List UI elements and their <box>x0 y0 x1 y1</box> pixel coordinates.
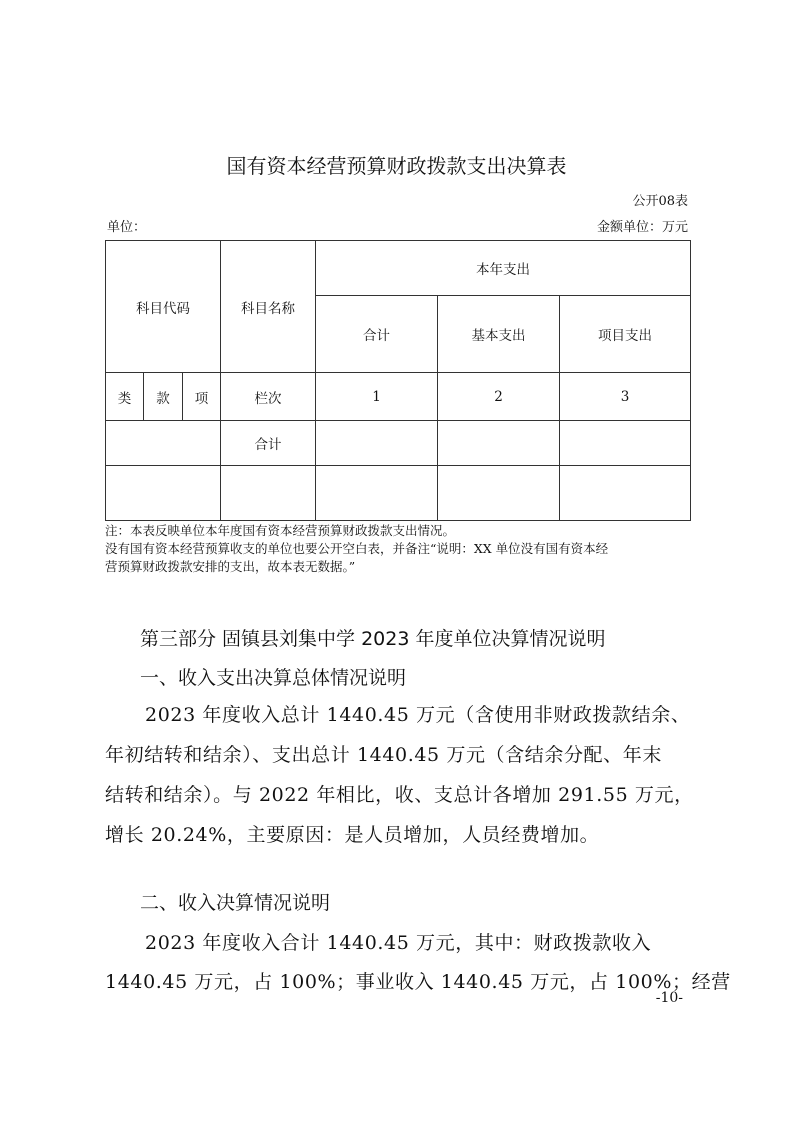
row-project <box>560 466 691 521</box>
section1-heading: 一、收入支出决算总体情况说明 <box>140 663 406 690</box>
header-year-expense: 本年支出 <box>316 241 691 296</box>
amount-unit: 金额单位：万元 <box>597 216 688 235</box>
unit-label: 单位： <box>107 216 146 235</box>
table-code: 公开08表 <box>632 190 688 209</box>
paragraph-line: 2023 年度收入合计 1440.45 万元，其中：财政拨款收入 <box>145 928 651 955</box>
expense-table: 科目代码 科目名称 本年支出 合计 基本支出 项目支出 类 款 项 栏次 1 2… <box>105 240 691 521</box>
index-xiang: 项 <box>183 373 221 421</box>
paragraph-line: 1440.45 万元，占 100%；事业收入 1440.45 万元，占 100%… <box>105 967 731 994</box>
page-number: -10- <box>656 990 683 1006</box>
part3-heading: 第三部分 固镇县刘集中学 2023 年度单位决算情况说明 <box>140 624 605 651</box>
header-name: 科目名称 <box>221 241 316 373</box>
row-basic <box>438 421 560 466</box>
table-row <box>106 466 691 521</box>
paragraph-line: 2023 年度收入总计 1440.45 万元（含使用非财政拨款结余、 <box>145 700 690 727</box>
header-code: 科目代码 <box>106 241 221 373</box>
index-col-3: 3 <box>560 373 691 421</box>
row-basic <box>438 466 560 521</box>
table-row: 合计 <box>106 421 691 466</box>
row-total <box>316 466 438 521</box>
header-project: 项目支出 <box>560 296 691 373</box>
paragraph-line: 年初结转和结余）、支出总计 1440.45 万元（含结余分配、年末 <box>105 740 662 767</box>
index-kuan: 款 <box>144 373 183 421</box>
index-col-1: 1 <box>316 373 438 421</box>
row-total <box>316 421 438 466</box>
table-title: 国有资本经营预算财政拨款支出决算表 <box>0 150 793 179</box>
row-code <box>106 421 221 466</box>
section2-heading: 二、收入决算情况说明 <box>140 888 330 915</box>
header-total: 合计 <box>316 296 438 373</box>
paragraph-line: 增长 20.24%，主要原因：是人员增加，人员经费增加。 <box>105 820 599 847</box>
row-name <box>221 466 316 521</box>
row-name: 合计 <box>221 421 316 466</box>
header-basic: 基本支出 <box>438 296 560 373</box>
row-project <box>560 421 691 466</box>
index-col-2: 2 <box>438 373 560 421</box>
row-code <box>106 466 221 521</box>
index-lei: 类 <box>106 373 144 421</box>
paragraph-line: 结转和结余）。与 2022 年相比，收、支总计各增加 291.55 万元， <box>105 780 694 807</box>
note-line: 注：本表反映单位本年度国有资本经营预算财政拨款支出情况。 <box>105 522 455 540</box>
note-line: 营预算财政拨款安排的支出，故本表无数据。” <box>105 558 355 576</box>
index-lanci: 栏次 <box>221 373 316 421</box>
note-line: 没有国有资本经营预算收支的单位也要公开空白表，并备注“说明：XX 单位没有国有资… <box>105 540 608 558</box>
